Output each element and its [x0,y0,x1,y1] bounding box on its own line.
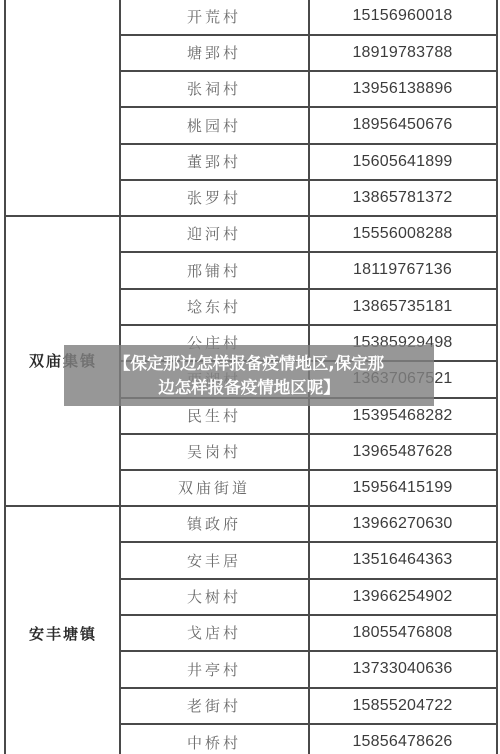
phone-cell: 15956415199 [309,470,496,505]
village-cell: 双庙街道 [120,470,308,505]
phone-cell: 13733040636 [309,651,496,687]
village-cell: 塘郢村 [120,35,308,70]
phone-cell: 13966254902 [309,579,496,614]
phone-cell: 15156960018 [309,0,496,34]
village-cell: 井亭村 [120,651,308,687]
village-cell: 张罗村 [120,180,308,215]
phone-cell: 18919783788 [309,35,496,70]
village-cell: 开荒村 [120,0,308,34]
village-cell: 安丰居 [120,542,308,578]
table-border-right [496,0,498,754]
phone-cell: 13865735181 [309,289,496,324]
village-cell: 中桥村 [120,724,308,754]
phone-cell: 13865781372 [309,180,496,215]
village-cell: 吴岗村 [120,434,308,469]
village-cell: 大树村 [120,579,308,614]
village-cell: 镇政府 [120,506,308,541]
village-cell: 董郢村 [120,144,308,179]
village-cell: 老街村 [120,688,308,723]
village-cell: 桃园村 [120,107,308,143]
phone-cell: 13516464363 [309,542,496,578]
phone-cell: 18055476808 [309,615,496,650]
caption-line-1: 【保定那边怎样报备疫情地区,保定那 [114,352,384,376]
phone-cell: 15855204722 [309,688,496,723]
village-cell: 张祠村 [120,71,308,106]
phone-cell: 18119767136 [309,252,496,288]
caption-line-2: 边怎样报备疫情地区呢】 [158,376,340,400]
phone-cell: 15605641899 [309,144,496,179]
caption-overlay: 【保定那边怎样报备疫情地区,保定那 边怎样报备疫情地区呢】 [64,345,434,406]
phone-cell: 18956450676 [309,107,496,143]
village-cell: 邢铺村 [120,252,308,288]
phone-cell: 15856478626 [309,724,496,754]
town-cell: 安丰塘镇 [5,506,119,754]
phone-cell: 13966270630 [309,506,496,541]
phone-cell: 15556008288 [309,216,496,251]
phone-cell: 13956138896 [309,71,496,106]
village-cell: 戈店村 [120,615,308,650]
village-cell: 埝东村 [120,289,308,324]
village-cell: 迎河村 [120,216,308,251]
phone-cell: 13965487628 [309,434,496,469]
